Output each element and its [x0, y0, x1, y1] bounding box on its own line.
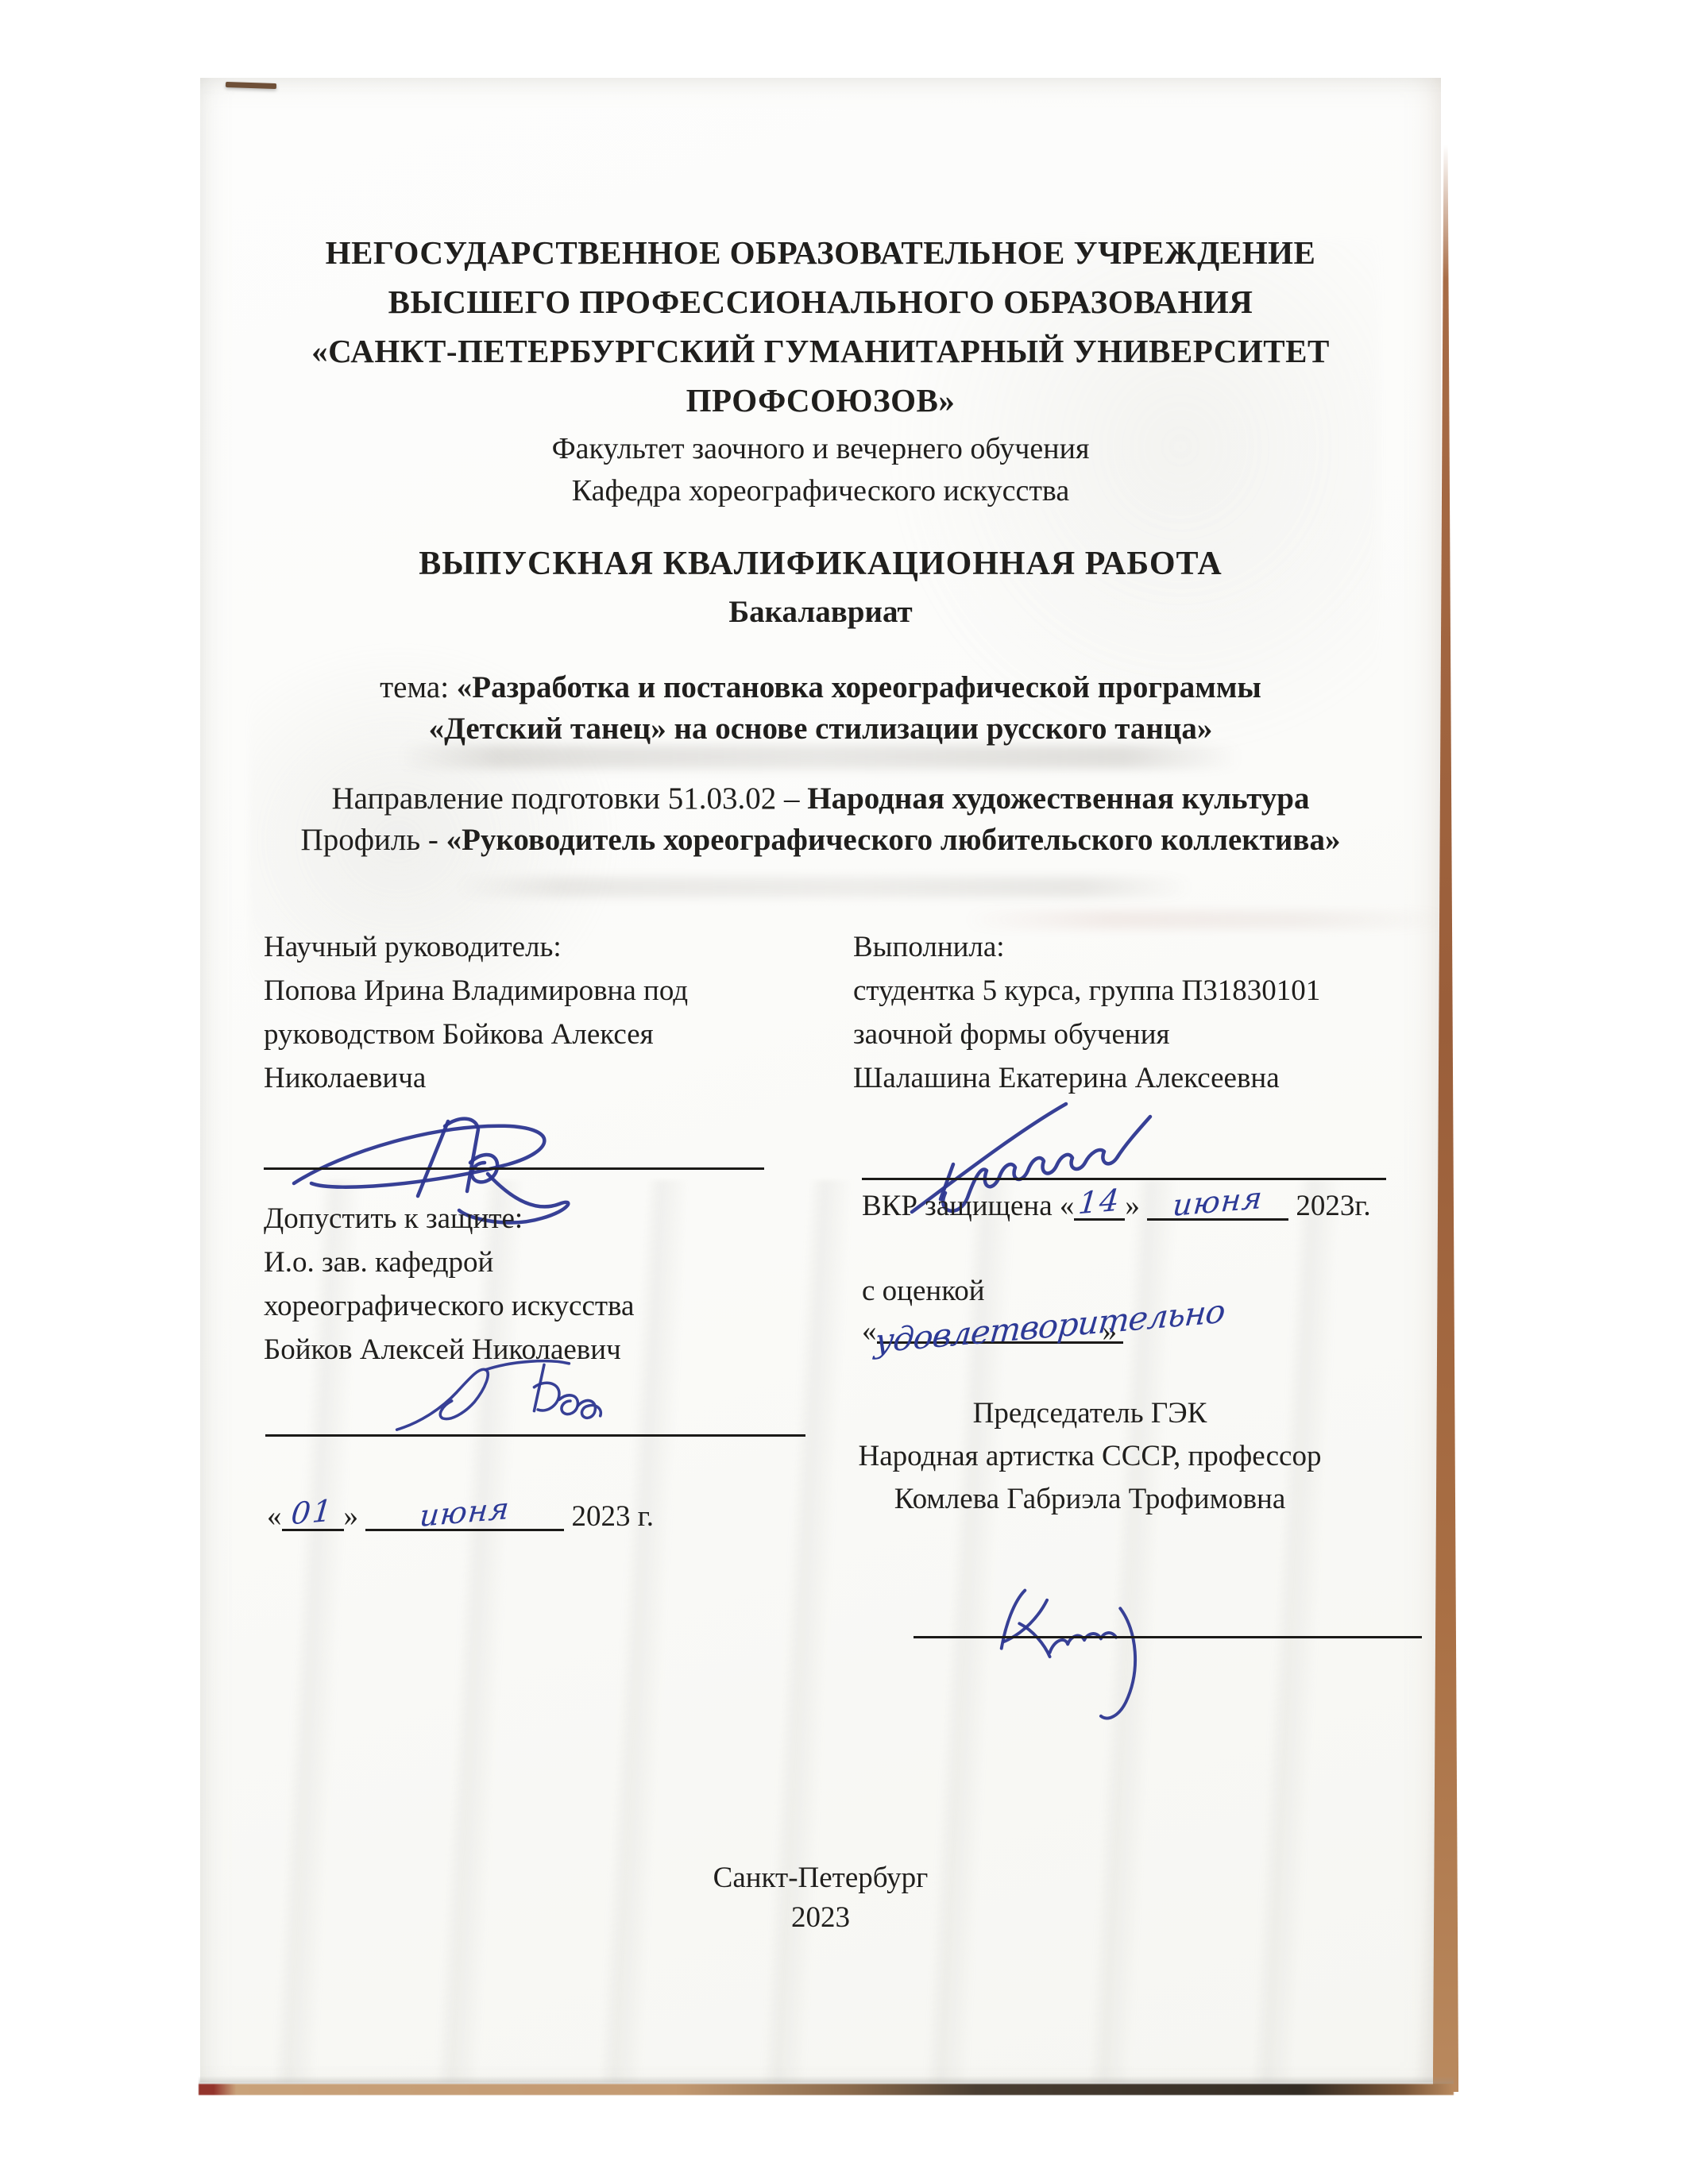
bleed-through-artifact: [399, 745, 1241, 769]
supervisor-name-line2: руководством Бойкова Алексея: [264, 1017, 654, 1051]
author-label: Выполнила:: [853, 930, 1005, 964]
defense-mid: »: [1125, 1190, 1147, 1222]
institution-name-line2: ВЫСШЕГО ПРОФЕССИОНАЛЬНОГО ОБРАЗОВАНИЯ: [200, 283, 1441, 321]
theme-prefix: тема:: [380, 670, 457, 704]
supervisor-name-line1: Попова Ирина Владимировна под: [264, 974, 688, 1008]
author-line2: заочной формы обучения: [853, 1017, 1170, 1051]
paper-sheet: НЕГОСУДАРСТВЕННОЕ ОБРАЗОВАТЕЛЬНОЕ УЧРЕЖД…: [200, 78, 1441, 2082]
defense-suffix: 2023г.: [1288, 1190, 1371, 1222]
admission-date-open-quote: «: [267, 1500, 282, 1533]
admission-day-handwritten: 01: [290, 1493, 335, 1531]
work-type-title: ВЫПУСКНАЯ КВАЛИФИКАЦИОННАЯ РАБОТА: [200, 545, 1441, 583]
faculty-name: Факультет заочного и вечернего обучения: [200, 431, 1441, 466]
institution-name-line4: ПРОФСОЮЗОВ»: [200, 381, 1441, 419]
admission-day-blank: 01: [282, 1498, 344, 1531]
admission-month-handwritten: июня: [419, 1491, 512, 1534]
profile-line: Профиль - «Руководитель хореографическог…: [200, 822, 1441, 858]
admission-line1: Допустить к защите:: [264, 1202, 523, 1236]
direction-line: Направление подготовки 51.03.02 – Народн…: [200, 781, 1441, 816]
admission-line3: хореографического искусства: [264, 1289, 634, 1323]
paper-edge-shadow: [199, 2076, 1454, 2084]
supervisor-label: Научный руководитель:: [264, 930, 562, 964]
defense-month-blank: июня: [1147, 1187, 1288, 1221]
footer-year: 2023: [200, 1900, 1441, 1935]
degree-level: Бакалавриат: [200, 594, 1441, 630]
admission-date-line: «01» июня 2023 г.: [267, 1498, 654, 1534]
defense-date-line: ВКР защищена «14» июня 2023г.: [862, 1187, 1371, 1223]
paper-edge-bottom: [199, 2076, 1454, 2100]
grade-line: «удовлетворительно»: [862, 1310, 1117, 1349]
institution-name-line1: НЕГОСУДАРСТВЕННОЕ ОБРАЗОВАТЕЛЬНОЕ УЧРЕЖД…: [200, 233, 1441, 272]
committee-rank: Народная артистка СССР, профессор: [812, 1439, 1368, 1473]
committee-chair-name: Комлева Габриэла Трофимовна: [812, 1482, 1368, 1516]
supervisor-signature-line: [264, 1167, 764, 1170]
defense-month-handwritten: июня: [1171, 1180, 1264, 1223]
committee-chair-signature: [959, 1567, 1221, 1726]
paper-edge-band: [199, 2084, 1454, 2095]
theme-line2: «Детский танец» на основе стилизации рус…: [200, 711, 1441, 747]
department-head-signature: [387, 1355, 649, 1438]
direction-value: Народная художественная культура: [807, 781, 1309, 816]
admission-date-close-quote: »: [344, 1500, 359, 1533]
theme-text-line1: «Разработка и постановка хореографическо…: [457, 670, 1261, 704]
bleed-through-artifact: [454, 877, 1193, 897]
defense-prefix: ВКР защищена «: [862, 1190, 1074, 1222]
profile-prefix: Профиль -: [301, 823, 446, 857]
committee-chair-signature-line: [914, 1636, 1422, 1638]
direction-prefix: Направление подготовки 51.03.02 –: [332, 781, 808, 816]
student-signature-line: [862, 1178, 1386, 1180]
department-name: Кафедра хореографического искусства: [200, 473, 1441, 508]
defense-day-handwritten: 14: [1077, 1183, 1122, 1221]
supervisor-name-line3: Николаевича: [264, 1061, 426, 1095]
defense-day-blank: 14: [1074, 1187, 1125, 1221]
committee-title: Председатель ГЭК: [812, 1396, 1368, 1430]
scanned-page: НЕГОСУДАРСТВЕННОЕ ОБРАЗОВАТЕЛЬНОЕ УЧРЕЖД…: [0, 0, 1688, 2184]
department-head-signature-line: [265, 1434, 805, 1437]
grade-label: с оценкой: [862, 1274, 985, 1308]
footer-city: Санкт-Петербург: [200, 1861, 1441, 1895]
admission-month-blank: июня: [365, 1498, 564, 1531]
theme-line1: тема: «Разработка и постановка хореограф…: [200, 669, 1441, 705]
institution-name-line3: «САНКТ-ПЕТЕРБУРГСКИЙ ГУМАНИТАРНЫЙ УНИВЕР…: [200, 332, 1441, 370]
admission-date-year: 2023 г.: [564, 1500, 654, 1533]
grade-blank: удовлетворительно: [877, 1310, 1123, 1344]
author-line1: студентка 5 курса, группа П31830101: [853, 974, 1320, 1008]
profile-value: «Руководитель хореографического любитель…: [446, 823, 1341, 857]
admission-line2: И.о. зав. кафедрой: [264, 1245, 493, 1279]
bleed-through-artifact: [963, 910, 1455, 929]
